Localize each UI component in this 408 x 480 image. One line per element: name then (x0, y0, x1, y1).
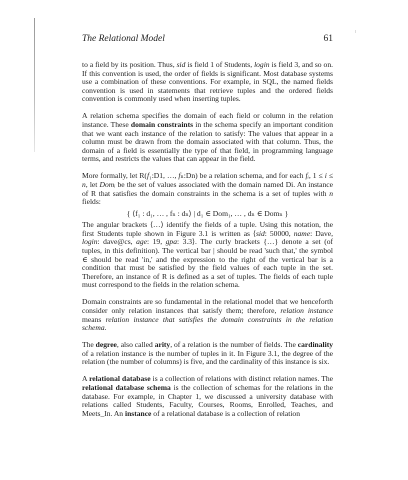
bold-term: instance (125, 409, 151, 418)
paragraph-degree-cardinality: The degree, also called arity, of a rela… (82, 341, 333, 367)
italic-term: n (329, 189, 333, 198)
page-binding-edge (34, 18, 35, 152)
running-title: The Relational Model (82, 34, 165, 44)
paragraph-henceforth: Domain constraints are so fundamental in… (82, 298, 333, 332)
paragraph-field-position: to a field by its position. Thus, sid is… (82, 61, 333, 104)
text-run: of a relation instance is the number of … (82, 349, 333, 367)
page-body: to a field by its position. Thus, sid is… (82, 61, 333, 427)
paragraph-formal-definition: More formally, let R(f₁:D1, …, fₙ:Dn) be… (82, 172, 333, 206)
text-run: fields: (82, 197, 101, 206)
text-run: . (105, 323, 107, 332)
set-formula: { ⟨f₁ : d₁, … , fₙ : dₙ⟩ | d₁ ∈ Dom₁, … … (82, 210, 333, 219)
scan-speck (355, 30, 356, 33)
text-run: be the set of values associated with the… (82, 180, 333, 198)
italic-term: relation instance that satisfies the dom… (82, 315, 333, 333)
text-run: : 3.3⟩. The curly brackets {…} denote a … (82, 237, 333, 289)
text-run: of a relational database is a collection… (151, 409, 300, 418)
paragraph-domain-constraints: A relation schema specifies the domain o… (82, 112, 333, 164)
paragraph-relational-database: A relational database is a collection of… (82, 375, 333, 418)
paragraph-notation: The angular brackets ⟨…⟩ identify the fi… (82, 221, 333, 290)
page-number: 61 (324, 34, 334, 44)
page-header: The Relational Model 61 (82, 34, 333, 48)
